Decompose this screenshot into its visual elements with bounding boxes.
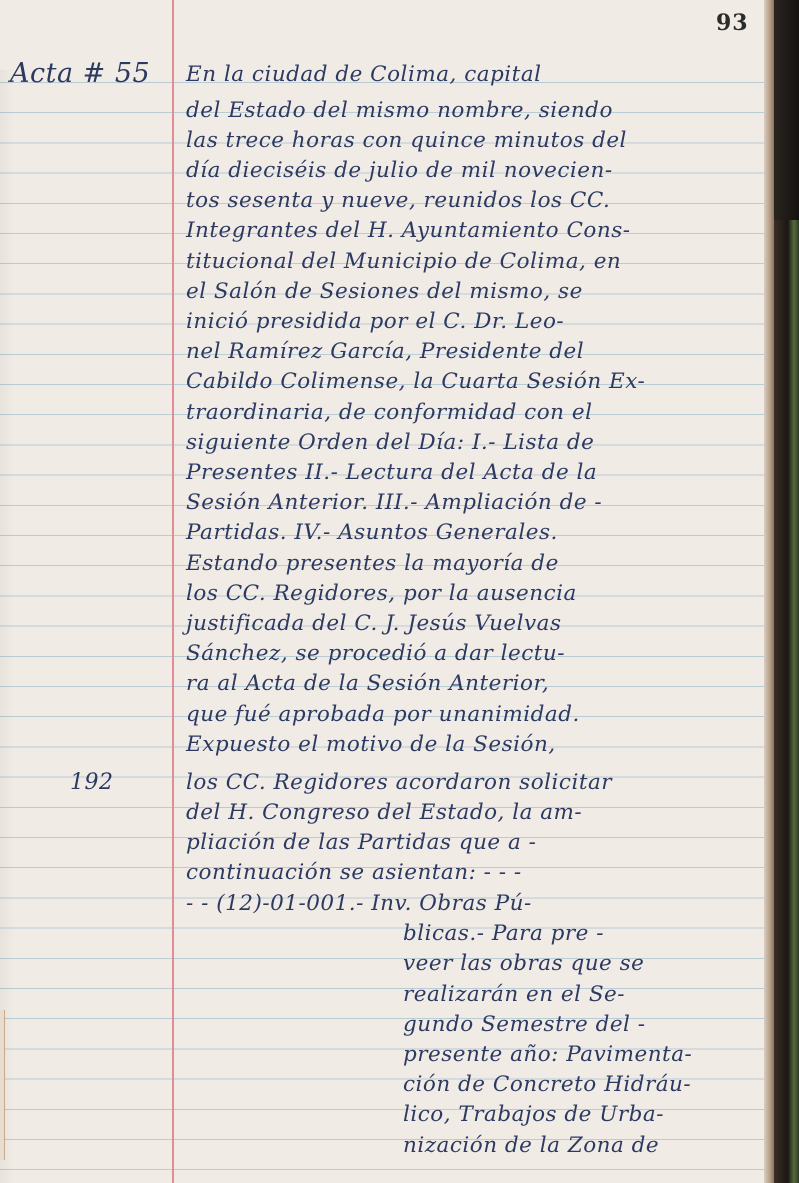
text-line: Sánchez, se procedió a dar lectu- (186, 641, 565, 666)
text-line: continuación se asientan: - - - (186, 860, 522, 885)
text-line: que fué aprobada por unanimidad. (186, 702, 580, 727)
text-line: tos sesenta y nueve, reunidos los CC. (186, 188, 610, 213)
page-left-edge (0, 1010, 5, 1160)
text-line: Estando presentes la mayoría de (186, 551, 559, 576)
text-line: Integrantes del H. Ayuntamiento Cons- (186, 218, 631, 243)
text-line: Expuesto el motivo de la Sesión, (186, 732, 556, 757)
text-line: siguiente Orden del Día: I.- Lista de (186, 430, 594, 455)
text-line: Presentes II.- Lectura del Acta de la (186, 460, 597, 485)
text-line: día dieciséis de julio de mil novecien- (186, 158, 613, 183)
red-margin-line (172, 0, 174, 1183)
text-line: titucional del Municipio de Colima, en (186, 249, 621, 274)
text-line: realizarán en el Se- (403, 982, 625, 1007)
text-line: del Estado del mismo nombre, siendo (186, 98, 613, 123)
text-line: blicas.- Para pre - (403, 921, 604, 946)
text-line: nel Ramírez García, Presidente del (186, 339, 584, 364)
page-stack-edge (764, 0, 774, 1183)
text-line: ra al Acta de la Sesión Anterior, (186, 671, 549, 696)
text-line: Sesión Anterior. III.- Ampliación de - (186, 490, 602, 515)
text-line: - - (12)-01-001.- Inv. Obras Pú- (186, 891, 532, 916)
text-line: del H. Congreso del Estado, la am- (186, 800, 582, 825)
text-line: los CC. Regidores acordaron solicitar (186, 770, 612, 795)
ledger-page: 93 Acta # 55 192 En la ciudad de Colima,… (0, 0, 772, 1183)
text-line: justificada del C. J. Jesús Vuelvas (186, 611, 562, 636)
text-line: Cabildo Colimense, la Cuarta Sesión Ex- (186, 369, 645, 394)
page-number: 93 (716, 10, 749, 36)
text-line: inició presidida por el C. Dr. Leo- (186, 309, 564, 334)
text-line: lico, Trabajos de Urba- (403, 1102, 664, 1127)
text-line: En la ciudad de Colima, capital (186, 62, 542, 87)
text-line: veer las obras que se (403, 951, 644, 976)
text-line: el Salón de Sesiones del mismo, se (186, 279, 583, 304)
text-line: los CC. Regidores, por la ausencia (186, 581, 577, 606)
book-binding-top (774, 0, 799, 220)
text-line: presente año: Pavimenta- (403, 1042, 692, 1067)
text-line: ción de Concreto Hidráu- (403, 1072, 691, 1097)
text-line: las trece horas con quince minutos del (186, 128, 627, 153)
margin-note-number: 192 (70, 770, 114, 795)
text-line: traordinaria, de conformidad con el (186, 400, 592, 425)
text-line: Partidas. IV.- Asuntos Generales. (186, 520, 558, 545)
act-number-label: Acta # 55 (10, 58, 150, 89)
text-line: gundo Semestre del - (403, 1012, 646, 1037)
text-line: pliación de las Partidas que a - (186, 830, 536, 855)
text-line: nización de la Zona de (403, 1133, 659, 1158)
